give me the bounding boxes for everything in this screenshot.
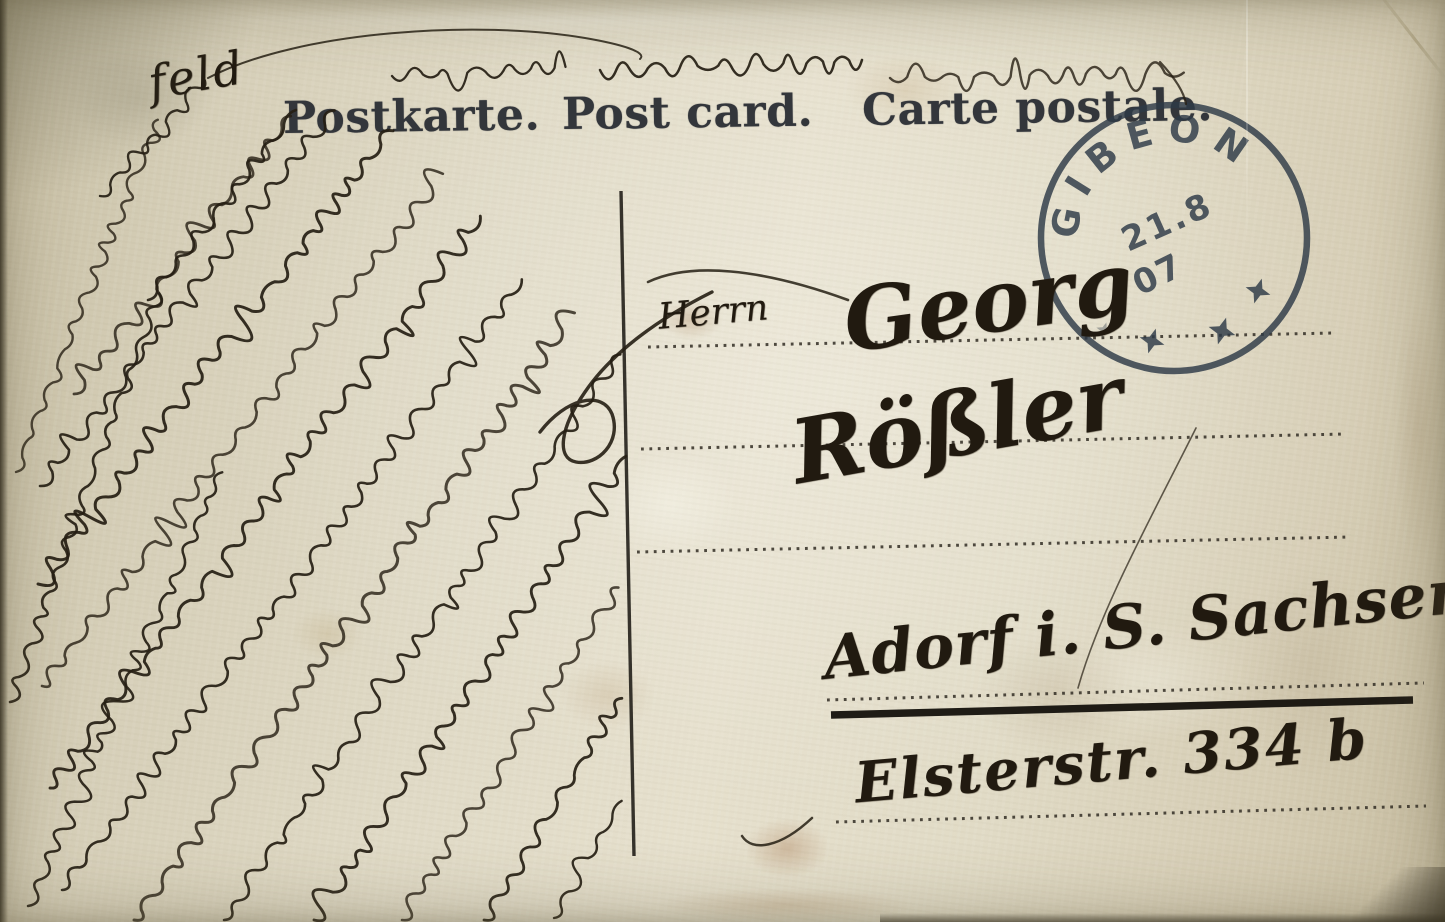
handwriting-stroke-line [554,801,622,918]
photo-edge-corner [1335,867,1445,922]
photo-edge-left [0,0,8,922]
divider-line [621,191,634,856]
handwriting-stroke-line [38,130,393,585]
handwriting-stroke-line [484,698,622,920]
paper-crease [1246,0,1248,250]
star-icon [1140,329,1165,354]
handwriting-stroke-line [600,54,862,79]
handwriting-stroke-line [10,294,162,703]
handwriting-stroke-line [42,169,443,686]
handwriting-stroke-line [313,456,626,921]
star-icon [1209,318,1236,345]
handwriting-stroke-line [134,311,575,920]
handwriting-stroke-line [392,51,566,90]
star-icon [1246,279,1271,304]
handwriting-stroke-line [224,355,620,921]
postcard-photo: Postkarte. Post card. Carte postale. GIB… [0,0,1445,922]
top-edge-inverted-handwriting [392,51,1184,91]
handwriting-stroke-line [40,110,335,486]
message-handwriting [10,80,626,921]
handwriting-stroke-line [890,58,1184,90]
